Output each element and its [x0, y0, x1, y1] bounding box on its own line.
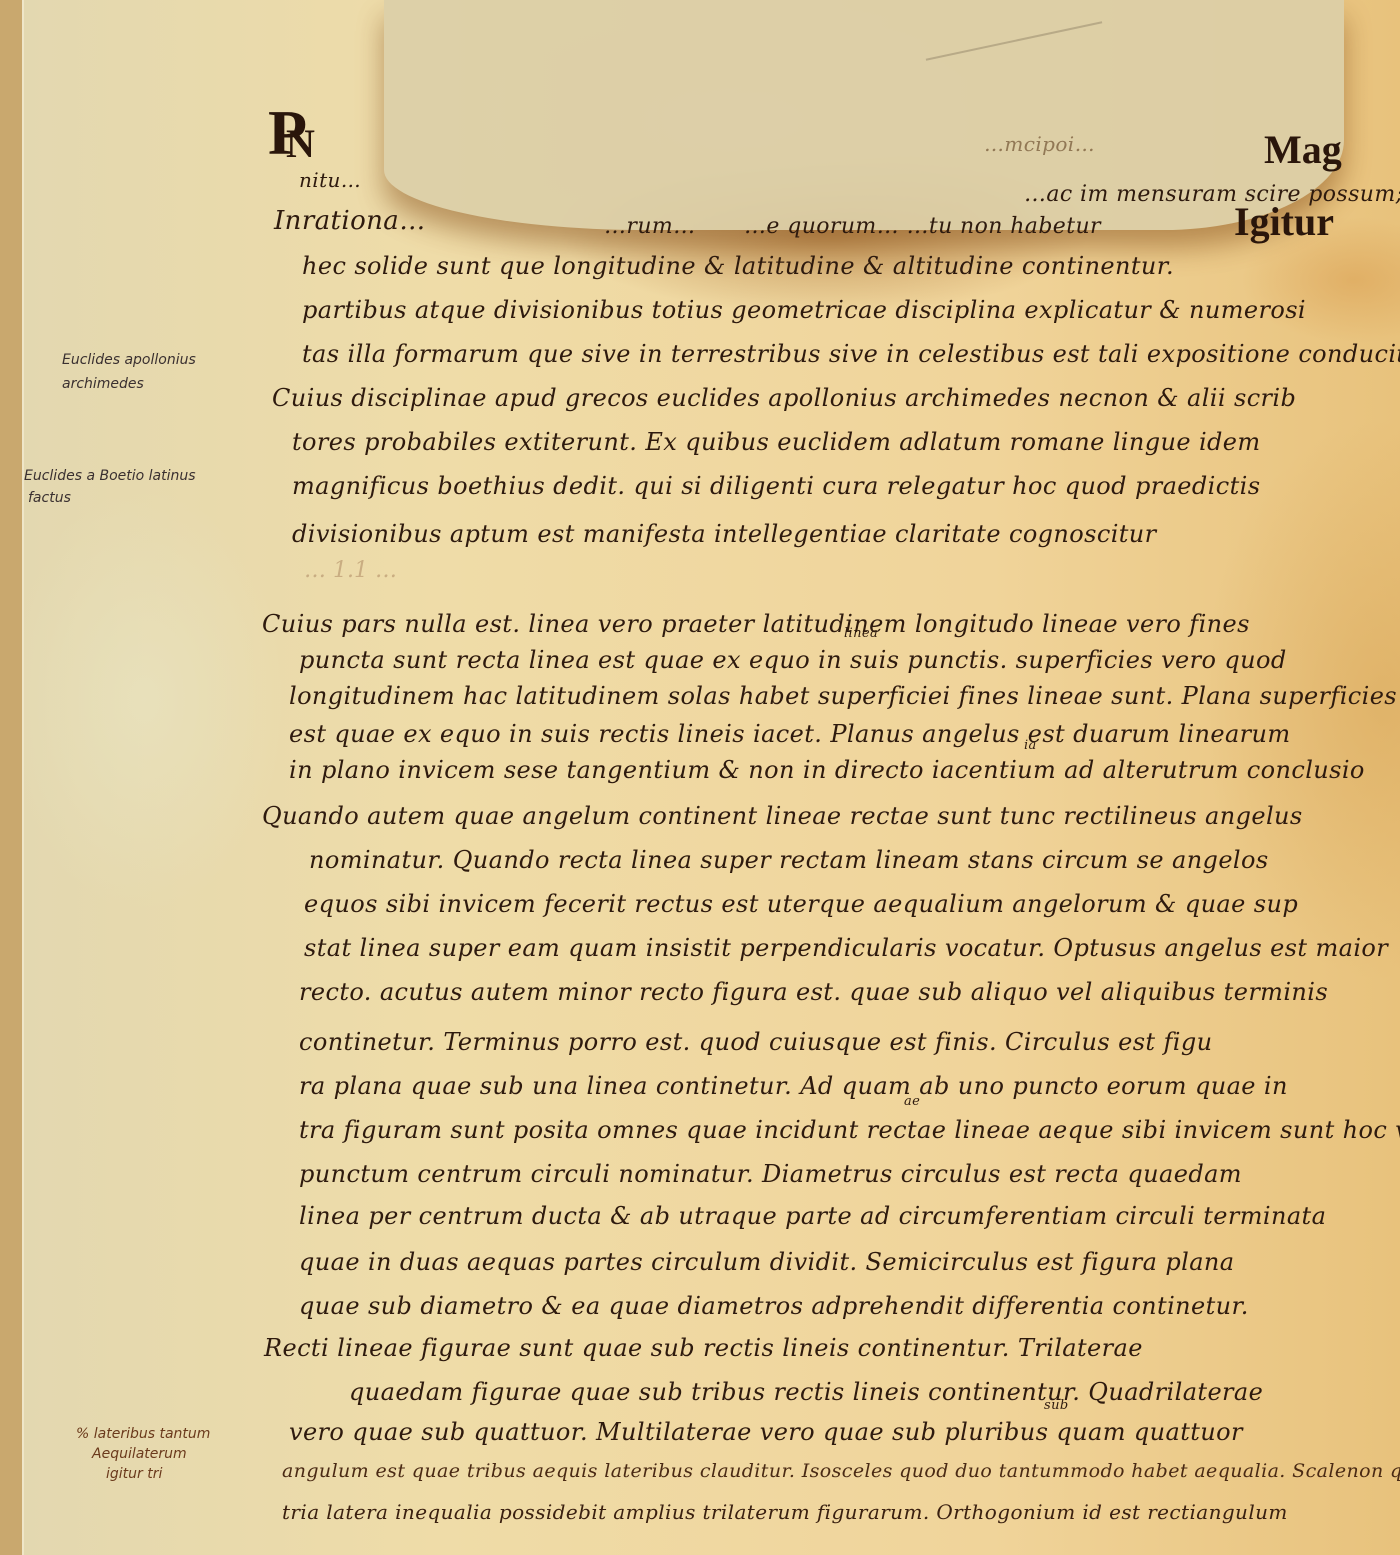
text-line-23: quae in duas aequas partes circulum divi… [299, 1248, 1234, 1276]
interlinear-linea: linea [844, 626, 878, 641]
interlinear-sub: sub [1044, 1398, 1069, 1413]
text-line-15: equos sibi invicem fecerit rectus est ut… [304, 890, 1298, 918]
fragment-mensuram: …ac im mensuram scire possum; [1024, 182, 1400, 207]
text-line-20: tra figuram sunt posita omnes quae incid… [299, 1116, 1400, 1144]
text-line-6: magnificus boethius dedit. qui si dilige… [292, 472, 1260, 500]
text-line-9: puncta sunt recta linea est quae ex equo… [299, 646, 1287, 674]
text-line-8: Cuius pars nulla est. linea vero praeter… [262, 610, 1250, 638]
margin-gloss-2: Euclides a Boetio latinus [24, 468, 196, 484]
text-line-7: divisionibus aptum est manifesta intelle… [292, 520, 1157, 548]
margin-gloss-3: % lateribus tantum [76, 1426, 210, 1442]
text-line-25: Recti lineae figurae sunt quae sub recti… [264, 1334, 1143, 1362]
interlinear-ia: ia [1024, 738, 1037, 753]
text-line-19: ra plana quae sub una linea continetur. … [299, 1072, 1288, 1100]
margin-gloss-3b: Aequilaterum [92, 1446, 187, 1462]
faded-rubric: … 1.1 … [304, 558, 397, 583]
margin-gloss-1b: archimedes [62, 376, 144, 392]
text-line-13: Quando autem quae angelum continent line… [262, 802, 1303, 830]
text-line-18: continetur. Terminus porro est. quod cui… [299, 1028, 1212, 1056]
initial-mag: Mag [1264, 126, 1342, 173]
text-line-10: longitudinem hac latitudinem solas habet… [289, 682, 1397, 710]
text-line-2: partibus atque divisionibus totius geome… [302, 296, 1306, 324]
fragment-nitu: nitu… [299, 168, 361, 192]
fragment-rum: …rum… [604, 214, 696, 239]
initial-igitur: Igitur [1234, 198, 1334, 245]
text-line-17: recto. acutus autem minor recto figura e… [299, 978, 1328, 1006]
text-line-16: stat linea super eam quam insistit perpe… [304, 934, 1388, 962]
fragment-inrationa: Inrationa… [274, 206, 426, 236]
text-line-4: Cuius disciplinae apud grecos euclides a… [272, 384, 1296, 412]
text-line-27: vero quae sub quattuor. Multilaterae ver… [289, 1418, 1243, 1446]
manuscript-folio: P N …mcipoi… Mag nitu… …ac im mensuram s… [22, 0, 1400, 1555]
text-line-28: angulum est quae tribus aequis lateribus… [282, 1460, 1400, 1482]
text-line-1: hec solide sunt que longitudine & latitu… [302, 252, 1174, 280]
text-line-24: quae sub diametro & ea quae diametros ad… [299, 1292, 1249, 1320]
text-line-29: tria latera inequalia possidebit amplius… [282, 1500, 1288, 1524]
text-line-11: est quae ex equo in suis rectis lineis i… [289, 720, 1291, 748]
interlinear-ae: ae [904, 1094, 920, 1109]
text-line-26: quaedam figurae quae sub tribus rectis l… [349, 1378, 1263, 1406]
margin-gloss-3c: igitur tri [106, 1466, 162, 1482]
margin-gloss-2b: factus [28, 490, 71, 506]
text-line-14: nominatur. Quando recta linea super rect… [309, 846, 1269, 874]
margin-gloss-1: Euclides apollonius [62, 352, 196, 368]
text-line-3: tas illa formarum que sive in terrestrib… [302, 340, 1400, 368]
fragment-non-habetur: …e quorum… …tu non habetur [744, 214, 1101, 239]
initial-n: N [286, 120, 315, 167]
text-line-12: in plano invicem sese tangentium & non i… [289, 756, 1365, 784]
text-line-21: punctum centrum circuli nominatur. Diame… [299, 1160, 1242, 1188]
text-line-22: linea per centrum ducta & ab utraque par… [299, 1202, 1326, 1230]
fragment-text: …mcipoi… [984, 132, 1095, 156]
text-line-5: tores probabiles extiterunt. Ex quibus e… [292, 428, 1261, 456]
